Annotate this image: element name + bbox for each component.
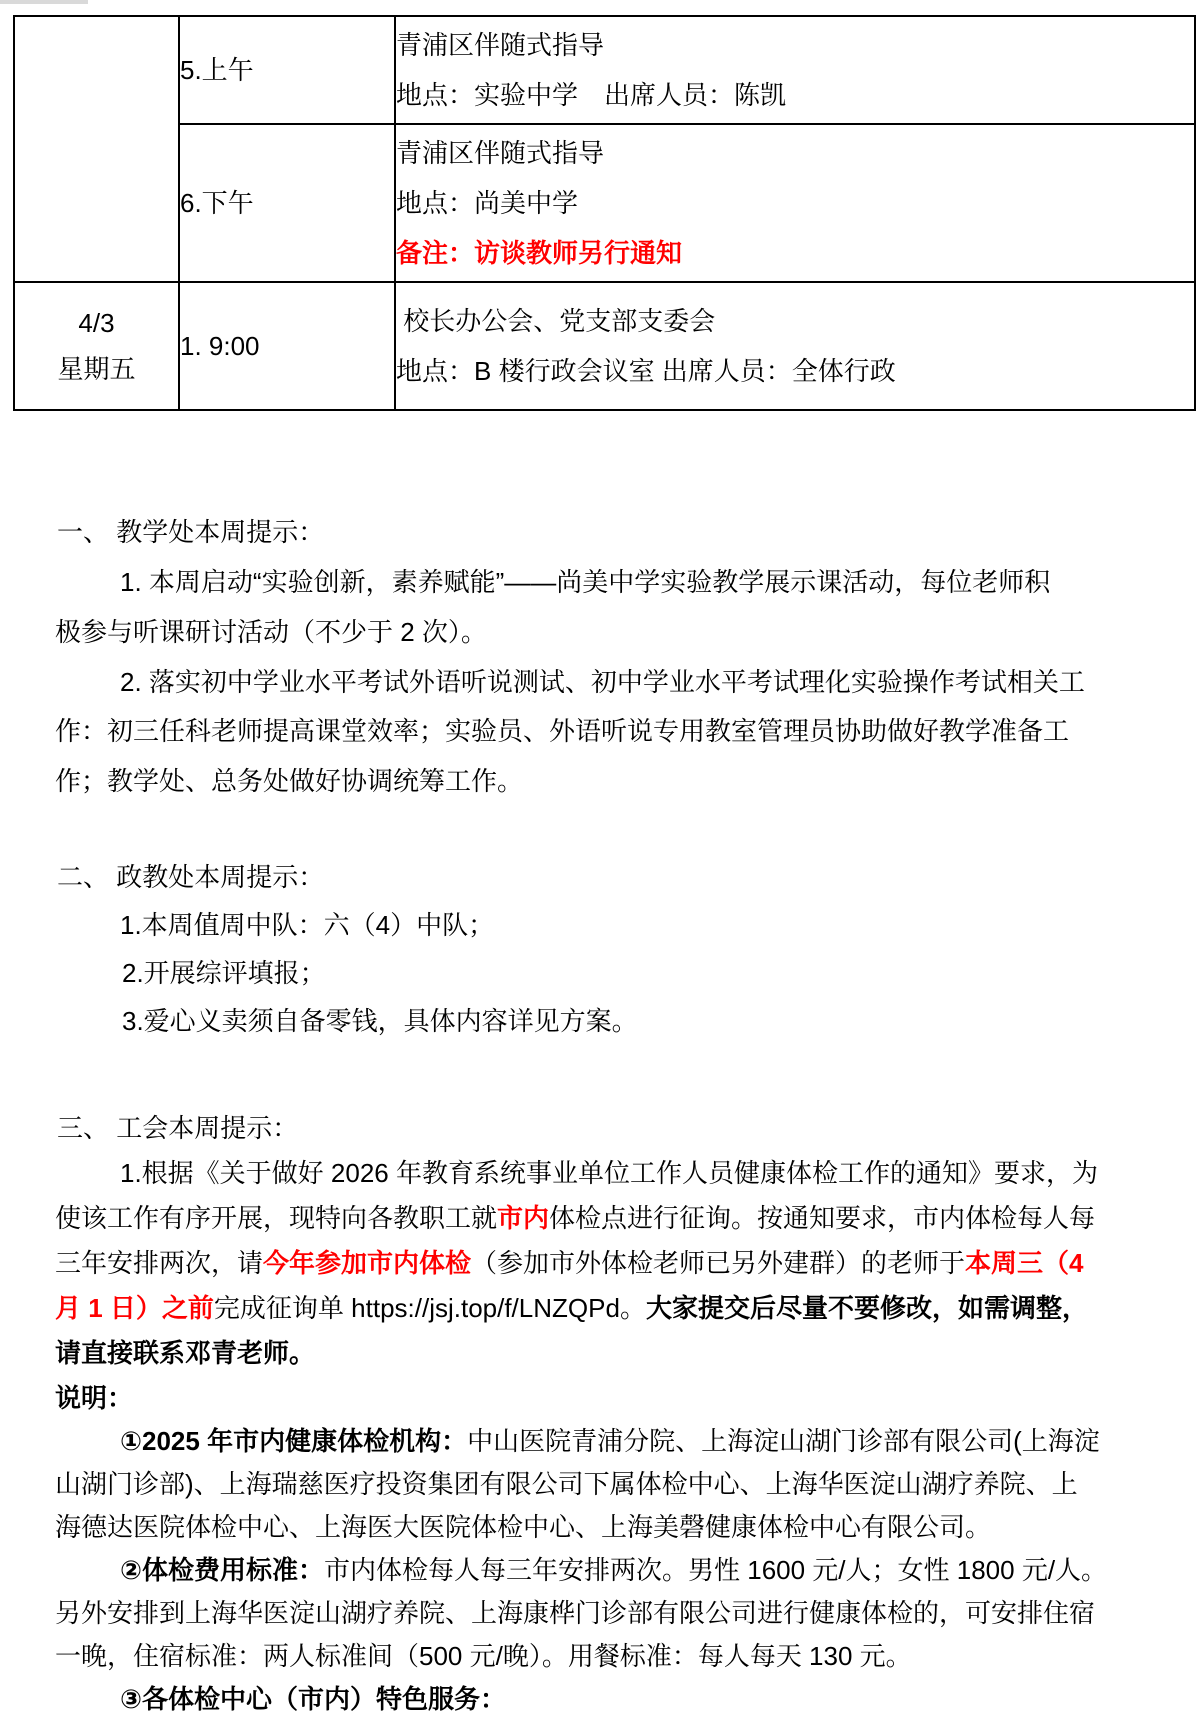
note2-label: ②体检费用标准： xyxy=(120,1555,324,1585)
section3-item1-line1: 1.根据《关于做好 2026 年教育系统事业单位工作人员健康体检工作的通知》要求… xyxy=(120,1158,1098,1188)
section3-note1-line3: 海德达医院体检中心、上海医大医院体检中心、上海美磬健康体检中心有限公司。 xyxy=(55,1512,991,1542)
text-segment: 体检点进行征询。按通知要求，市内体检每人每 xyxy=(549,1203,1095,1233)
cell-content-item6: 青浦区伴随式指导 地点：尚美中学 备注：访谈教师另行通知 xyxy=(395,124,1195,282)
time-label: 6.下午 xyxy=(180,178,394,228)
section1-item2-line1: 2. 落实初中学业水平考试外语听说测试、初中学业水平考试理化实验操作考试相关工 xyxy=(120,667,1085,697)
highlight-this-year-checkup: 今年参加市内体检 xyxy=(263,1248,471,1278)
event-details: 地点：实验中学 出席人员：陈凯 xyxy=(396,70,1194,120)
section3-note2-line1: ②体检费用标准：市内体检每人每三年安排两次。男性 1600 元/人；女性 180… xyxy=(120,1555,1107,1585)
bold-warning-text: 大家提交后尽量不要修改，如需调整， xyxy=(646,1293,1088,1323)
highlight-deadline-start: 本周三（4 xyxy=(965,1248,1083,1278)
event-title: 青浦区伴随式指导 xyxy=(396,128,1194,178)
section3-note1-line1: ①2025 年市内健康体检机构：中山医院青浦分院、上海淀山湖门诊部有限公司(上海… xyxy=(120,1426,1100,1456)
section1-heading: 一、 教学处本周提示： xyxy=(57,517,324,547)
schedule-table: 5.上午 青浦区伴随式指导 地点：实验中学 出席人员：陈凯 6.下午 青浦区伴随… xyxy=(13,15,1196,411)
text-segment: 中山医院青浦分院、上海淀山湖门诊部有限公司(上海淀 xyxy=(467,1426,1100,1456)
cell-content-item1: 校长办公会、党支部支委会 地点：B 楼行政会议室 出席人员：全体行政 xyxy=(395,282,1195,410)
section3-item1-line5: 请直接联系邓青老师。 xyxy=(55,1338,315,1368)
cell-day-friday: 4/3 星期五 xyxy=(14,282,179,410)
weekday-label: 星期五 xyxy=(15,346,178,392)
text-segment: 三年安排两次，请 xyxy=(55,1248,263,1278)
highlight-deadline-end: 月 1 日）之前 xyxy=(55,1293,214,1323)
section1-item1-line1: 1. 本周启动“实验创新，素养赋能”——尚美中学实验教学展示课活动，每位老师积 xyxy=(120,567,1050,597)
time-label: 5.上午 xyxy=(180,45,394,95)
section2-item2: 2.开展综评填报； xyxy=(122,958,326,988)
event-title: 青浦区伴随式指导 xyxy=(396,20,1194,70)
section2-item3: 3.爱心义卖须自备零钱，具体内容详见方案。 xyxy=(122,1006,638,1036)
cell-time-item1: 1. 9:00 xyxy=(179,282,395,410)
event-details: 地点：B 楼行政会议室 出席人员：全体行政 xyxy=(396,346,1194,396)
section3-note1-line2: 山湖门诊部)、上海瑞慈医疗投资集团有限公司下属体检中心、上海华医淀山湖疗养院、上 xyxy=(55,1469,1078,1499)
section3-note3-label: ③各体检中心（市内）特色服务： xyxy=(120,1684,506,1714)
section1-item2-line3: 作；教学处、总务处做好协调统筹工作。 xyxy=(55,766,523,796)
section2-item1: 1.本周值周中队：六（4）中队； xyxy=(120,910,494,940)
section3-heading: 三、 工会本周提示： xyxy=(57,1113,298,1143)
section3-item1-line3: 三年安排两次，请今年参加市内体检（参加市外体检老师已另外建群）的老师于本周三（4 xyxy=(55,1248,1084,1278)
section3-item1-line4: 月 1 日）之前完成征询单 https://jsj.top/f/LNZQPd。大… xyxy=(55,1293,1088,1323)
section1-item1-line2: 极参与听课研讨活动（不少于 2 次）。 xyxy=(55,617,487,647)
cell-content-item5: 青浦区伴随式指导 地点：实验中学 出席人员：陈凯 xyxy=(395,16,1195,124)
highlight-shinei: 市内 xyxy=(497,1203,549,1233)
table-row: 5.上午 青浦区伴随式指导 地点：实验中学 出席人员：陈凯 xyxy=(14,16,1195,124)
date-label: 4/3 xyxy=(15,300,178,346)
section3-note2-line2: 另外安排到上海华医淀山湖疗养院、上海康桦门诊部有限公司进行健康体检的，可安排住宿 xyxy=(55,1598,1095,1628)
section1-item2-line2: 作：初三任科老师提高课堂效率；实验员、外语听说专用教室管理员协助做好教学准备工 xyxy=(55,716,1069,746)
event-details: 地点：尚美中学 xyxy=(396,178,1194,228)
section3-item1-line2: 使该工作有序开展，现特向各教职工就市内体检点进行征询。按通知要求，市内体检每人每 xyxy=(55,1203,1095,1233)
note1-label: ①2025 年市内健康体检机构： xyxy=(120,1426,467,1456)
cell-day-merged-empty xyxy=(14,16,179,282)
time-label: 1. 9:00 xyxy=(180,321,394,371)
text-segment: 。 xyxy=(620,1293,646,1323)
scan-artifact-bar xyxy=(0,0,88,4)
event-title: 校长办公会、党支部支委会 xyxy=(396,296,1194,346)
section2-heading: 二、 政教处本周提示： xyxy=(57,862,324,892)
text-segment: 使该工作有序开展，现特向各教职工就 xyxy=(55,1203,497,1233)
table-row: 4/3 星期五 1. 9:00 校长办公会、党支部支委会 地点：B 楼行政会议室… xyxy=(14,282,1195,410)
text-segment: 市内体检每人每三年安排两次。男性 1600 元/人；女性 1800 元/人。 xyxy=(324,1555,1107,1585)
text-segment: 完成征询单 xyxy=(214,1293,351,1323)
table-row: 6.下午 青浦区伴随式指导 地点：尚美中学 备注：访谈教师另行通知 xyxy=(14,124,1195,282)
section3-note2-line3: 一晚，住宿标准：两人标准间（500 元/晚）。用餐标准：每人每天 130 元。 xyxy=(55,1641,912,1671)
cell-time-item5: 5.上午 xyxy=(179,16,395,124)
survey-url: https://jsj.top/f/LNZQPd xyxy=(351,1293,620,1323)
document-page: { "colors": { "accent_red": "#ff0000", "… xyxy=(0,0,1203,1724)
text-segment: （参加市外体检老师已另外建群）的老师于 xyxy=(471,1248,965,1278)
cell-time-item6: 6.下午 xyxy=(179,124,395,282)
event-note-red: 备注：访谈教师另行通知 xyxy=(396,228,1194,278)
section3-shuoming-label: 说明： xyxy=(55,1383,133,1413)
